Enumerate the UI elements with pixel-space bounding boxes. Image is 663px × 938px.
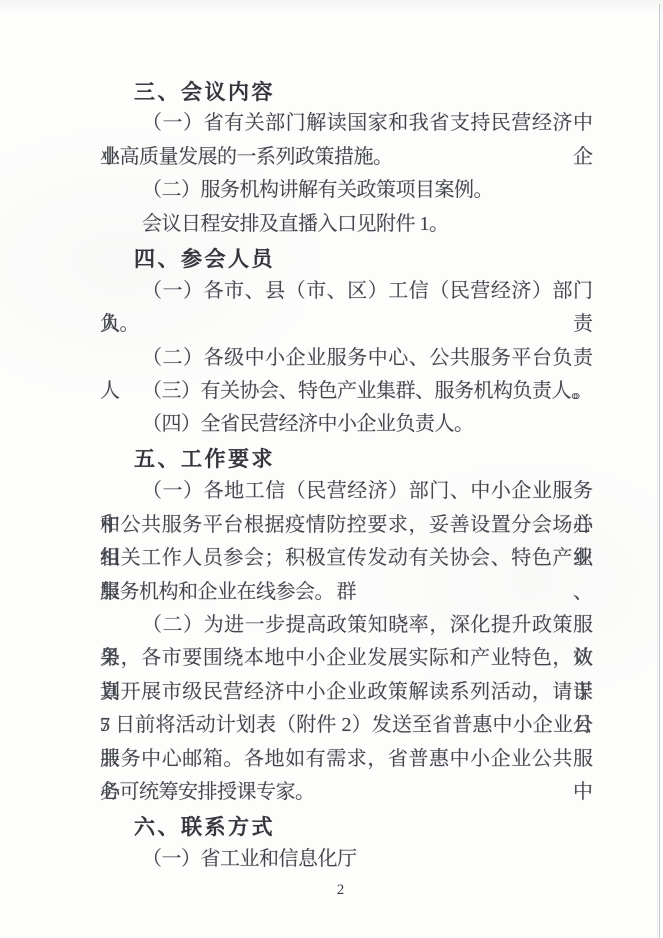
scanned-document-page: 三、会议内容（一）省有关部门解读国家和我省支持民营经济中小企业高质量发展的一系列… bbox=[0, 0, 663, 938]
document-text-line: （三）有关协会、特色产业集群、服务机构负责人。 bbox=[100, 375, 593, 408]
document-text-line: （二）服务机构讲解有关政策项目案例。 bbox=[100, 174, 593, 207]
document-text-line: （一）省工业和信息化厅 bbox=[100, 843, 593, 876]
section-heading: 六、联系方式 bbox=[100, 811, 593, 844]
section-heading: 四、参会人员 bbox=[100, 243, 593, 276]
scan-edge-line bbox=[659, 4, 660, 938]
document-text-line: 果，各市要围绕本地中小企业发展实际和产业特色，认真谋 bbox=[100, 642, 593, 675]
section-heading: 五、工作要求 bbox=[100, 443, 593, 476]
document-text-line: 划开展市级民营经济中小企业政策解读系列活动，请于 5 月 bbox=[100, 676, 593, 709]
document-text-line: 7 日前将活动计划表（附件 2）发送至省普惠中小企业公共 bbox=[100, 709, 593, 742]
document-text-line: （一）各地工信（民营经济）部门、中小企业服务中心 bbox=[100, 475, 593, 508]
document-text-line: 相关工作人员参会；积极宣传发动有关协会、特色产业集群、 bbox=[100, 542, 593, 575]
scan-edge-line-soft bbox=[657, 40, 658, 938]
document-text-line: 会议日程安排及直播入口见附件 1。 bbox=[100, 208, 593, 241]
document-text-line: （四）全省民营经济中小企业负责人。 bbox=[100, 408, 593, 441]
document-text-line: （一）省有关部门解读国家和我省支持民营经济中小企 bbox=[100, 107, 593, 140]
document-text-line: 和公共服务平台根据疫情防控要求，妥善设置分会场并组织 bbox=[100, 509, 593, 542]
document-text-column: 三、会议内容（一）省有关部门解读国家和我省支持民营经济中小企业高质量发展的一系列… bbox=[100, 74, 593, 877]
document-text-line: （一）各市、县（市、区）工信（民营经济）部门负责 bbox=[100, 275, 593, 308]
document-text-line: （二）各级中小企业服务中心、公共服务平台负责人。 bbox=[100, 342, 593, 375]
page-number: 2 bbox=[9, 882, 663, 899]
document-text-line: （二）为进一步提高政策知晓率，深化提升政策服务效 bbox=[100, 609, 593, 642]
document-text-line: 服务中心邮箱。各地如有需求，省普惠中小企业公共服务中 bbox=[100, 743, 593, 776]
section-heading: 三、会议内容 bbox=[100, 76, 593, 109]
